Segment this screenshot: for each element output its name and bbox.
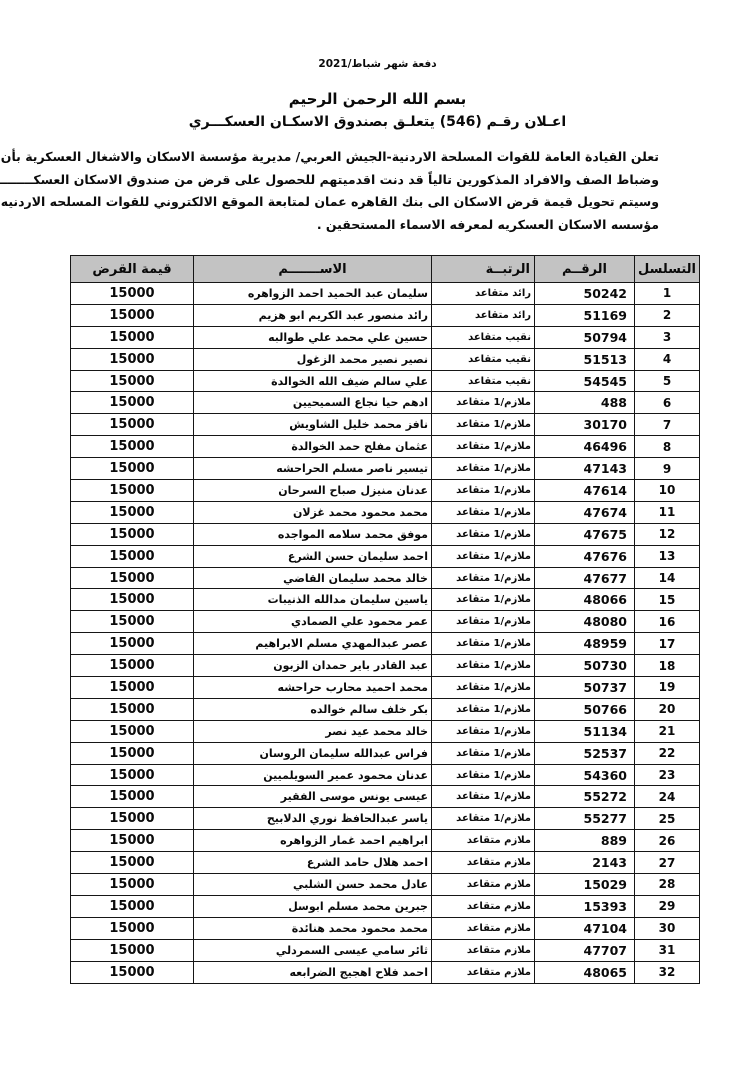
cell-number: 50737	[535, 677, 635, 699]
cell-name: محمد محمود محمد غزلان	[194, 501, 432, 523]
cell-loan: 15000	[71, 545, 194, 567]
cell-number: 15393	[535, 895, 635, 917]
cell-serial: 17	[635, 633, 700, 655]
cell-number: 47707	[535, 939, 635, 961]
cell-name: عدنان محمود عمير السويلميين	[194, 764, 432, 786]
cell-number: 46496	[535, 436, 635, 458]
table-row: 2915393ملازم متقاعدجبرين محمد مسلم ابوسل…	[71, 895, 700, 917]
cell-serial: 24	[635, 786, 700, 808]
cell-name: عادل محمد حسن الشلبي	[194, 874, 432, 896]
cell-loan: 15000	[71, 458, 194, 480]
cell-loan: 15000	[71, 917, 194, 939]
cell-name: عيسى يونس موسى الفقير	[194, 786, 432, 808]
cell-rank: ملازم متقاعد	[432, 874, 535, 896]
cell-number: 47104	[535, 917, 635, 939]
cell-number: 51134	[535, 720, 635, 742]
loan-table: التسلسل الرقــم الرتبــة الاســـــــم قي…	[70, 255, 700, 984]
table-row: 1347676ملازم/1 متقاعداحمد سليمان حسن الش…	[71, 545, 700, 567]
cell-number: 47674	[535, 501, 635, 523]
header-number: الرقــم	[535, 256, 635, 283]
cell-serial: 10	[635, 480, 700, 502]
table-row: 272143ملازم متقاعداحمد هلال حامد الشرع15…	[71, 852, 700, 874]
cell-name: ادهم حيا نجاع السميحيين	[194, 392, 432, 414]
cell-number: 47675	[535, 523, 635, 545]
cell-serial: 28	[635, 874, 700, 896]
cell-rank: ملازم/1 متقاعد	[432, 589, 535, 611]
cell-serial: 14	[635, 567, 700, 589]
cell-rank: ملازم متقاعد	[432, 895, 535, 917]
cell-loan: 15000	[71, 698, 194, 720]
cell-number: 30170	[535, 414, 635, 436]
table-row: 2555277ملازم/1 متقاعدياسر عبدالحافظ نوري…	[71, 808, 700, 830]
cell-name: احمد سليمان حسن الشرع	[194, 545, 432, 567]
cell-loan: 15000	[71, 874, 194, 896]
cell-number: 51513	[535, 348, 635, 370]
cell-rank: ملازم متقاعد	[432, 939, 535, 961]
cell-name: نصير نصير محمد الزغول	[194, 348, 432, 370]
table-row: 1648080ملازم/1 متقاعدعمر محمود علي الصما…	[71, 611, 700, 633]
cell-loan: 15000	[71, 567, 194, 589]
cell-name: ثائر سامي عيسى السمردلي	[194, 939, 432, 961]
cell-loan: 15000	[71, 501, 194, 523]
cell-name: ابراهيم احمد غمار الزواهره	[194, 830, 432, 852]
cell-rank: ملازم/1 متقاعد	[432, 458, 535, 480]
cell-loan: 15000	[71, 436, 194, 458]
table-row: 3248065ملازم متقاعداحمد فلاح اهجيج الضرا…	[71, 961, 700, 983]
cell-serial: 27	[635, 852, 700, 874]
cell-number: 52537	[535, 742, 635, 764]
cell-loan: 15000	[71, 589, 194, 611]
cell-number: 48066	[535, 589, 635, 611]
cell-rank: نقيب متقاعد	[432, 326, 535, 348]
cell-serial: 19	[635, 677, 700, 699]
cell-name: سليمان عبد الحميد احمد الزواهره	[194, 283, 432, 305]
cell-rank: ملازم/1 متقاعد	[432, 677, 535, 699]
cell-name: تيسير ناصر مسلم الحراحشه	[194, 458, 432, 480]
cell-number: 48065	[535, 961, 635, 983]
cell-name: ياسر عبدالحافظ نوري الدلابيح	[194, 808, 432, 830]
cell-name: موفق محمد سلامه المواجده	[194, 523, 432, 545]
table-row: 1748959ملازم/1 متقاعدعصر عبدالمهدي مسلم …	[71, 633, 700, 655]
header-serial: التسلسل	[635, 256, 700, 283]
cell-loan: 15000	[71, 764, 194, 786]
cell-serial: 6	[635, 392, 700, 414]
loan-table-wrap: التسلسل الرقــم الرتبــة الاســـــــم قي…	[70, 255, 700, 984]
table-row: 2252537ملازم/1 متقاعدفراس عبدالله سليمان…	[71, 742, 700, 764]
body-line: وضباط الصف والافراد المذكورين تالياً قد …	[96, 169, 659, 192]
cell-serial: 29	[635, 895, 700, 917]
cell-rank: ملازم/1 متقاعد	[432, 742, 535, 764]
cell-rank: ملازم/1 متقاعد	[432, 436, 535, 458]
cell-serial: 15	[635, 589, 700, 611]
cell-name: احمد فلاح اهجيج الضرابعه	[194, 961, 432, 983]
cell-number: 54360	[535, 764, 635, 786]
cell-loan: 15000	[71, 895, 194, 917]
header-rank: الرتبــة	[432, 256, 535, 283]
cell-serial: 5	[635, 370, 700, 392]
cell-serial: 25	[635, 808, 700, 830]
cell-serial: 13	[635, 545, 700, 567]
cell-loan: 15000	[71, 852, 194, 874]
cell-number: 2143	[535, 852, 635, 874]
cell-loan: 15000	[71, 611, 194, 633]
cell-number: 47677	[535, 567, 635, 589]
cell-name: عمر محمود علي الصمادي	[194, 611, 432, 633]
cell-rank: ملازم/1 متقاعد	[432, 392, 535, 414]
cell-loan: 15000	[71, 808, 194, 830]
cell-loan: 15000	[71, 720, 194, 742]
cell-serial: 26	[635, 830, 700, 852]
cell-loan: 15000	[71, 523, 194, 545]
body-line: وسيتم تحويل قيمة قرض الاسكان الى بنك الق…	[96, 191, 659, 214]
cell-rank: ملازم/1 متقاعد	[432, 545, 535, 567]
cell-name: حسين علي محمد علي طوالبه	[194, 326, 432, 348]
cell-number: 55277	[535, 808, 635, 830]
cell-name: بكر خلف سالم خوالده	[194, 698, 432, 720]
table-row: 554545نقيب متقاعدعلي سالم ضيف الله الخوا…	[71, 370, 700, 392]
cell-rank: ملازم/1 متقاعد	[432, 414, 535, 436]
table-row: 2151134ملازم/1 متقاعدخالد محمد عيد نصر15…	[71, 720, 700, 742]
cell-number: 47143	[535, 458, 635, 480]
body-line: مؤسسه الاسكان العسكريه لمعرفه الاسماء ال…	[96, 214, 659, 237]
cell-rank: ملازم/1 متقاعد	[432, 523, 535, 545]
cell-serial: 16	[635, 611, 700, 633]
body-line: تعلن القيادة العامة للقوات المسلحة الارد…	[96, 146, 659, 169]
cell-loan: 15000	[71, 304, 194, 326]
cell-serial: 23	[635, 764, 700, 786]
table-row: 1548066ملازم/1 متقاعدياسين سليمان مدالله…	[71, 589, 700, 611]
cell-rank: ملازم/1 متقاعد	[432, 764, 535, 786]
table-row: 1950737ملازم/1 متقاعدمحمد احميد محارب حر…	[71, 677, 700, 699]
cell-rank: نقيب متقاعد	[432, 348, 535, 370]
cell-number: 47614	[535, 480, 635, 502]
cell-serial: 12	[635, 523, 700, 545]
cell-number: 48080	[535, 611, 635, 633]
cell-name: عصر عبدالمهدي مسلم الابراهيم	[194, 633, 432, 655]
cell-rank: ملازم/1 متقاعد	[432, 480, 535, 502]
cell-rank: ملازم/1 متقاعد	[432, 567, 535, 589]
cell-rank: ملازم/1 متقاعد	[432, 611, 535, 633]
document-page: دفعة شهر شباط/2021 بسم الله الرحمن الرحي…	[0, 0, 756, 1087]
cell-loan: 15000	[71, 961, 194, 983]
cell-rank: ملازم/1 متقاعد	[432, 633, 535, 655]
header-name: الاســـــــم	[194, 256, 432, 283]
cell-loan: 15000	[71, 939, 194, 961]
cell-name: احمد هلال حامد الشرع	[194, 852, 432, 874]
cell-rank: نقيب متقاعد	[432, 370, 535, 392]
cell-number: 55272	[535, 786, 635, 808]
cell-loan: 15000	[71, 633, 194, 655]
table-row: 26889ملازم متقاعدابراهيم احمد غمار الزوا…	[71, 830, 700, 852]
cell-name: ياسين سليمان مدالله الذنيبات	[194, 589, 432, 611]
table-row: 1247675ملازم/1 متقاعدموفق محمد سلامه الم…	[71, 523, 700, 545]
cell-rank: ملازم/1 متقاعد	[432, 786, 535, 808]
cell-serial: 22	[635, 742, 700, 764]
cell-loan: 15000	[71, 326, 194, 348]
loan-table-header: التسلسل الرقــم الرتبــة الاســـــــم قي…	[71, 256, 700, 283]
batch-note: دفعة شهر شباط/2021	[96, 58, 659, 70]
cell-number: 50730	[535, 655, 635, 677]
cell-serial: 2	[635, 304, 700, 326]
cell-loan: 15000	[71, 414, 194, 436]
cell-number: 15029	[535, 874, 635, 896]
cell-name: نافز محمد خليل الشاويش	[194, 414, 432, 436]
table-row: 1147674ملازم/1 متقاعدمحمد محمود محمد غزل…	[71, 501, 700, 523]
cell-name: محمد محمود محمد هنائدة	[194, 917, 432, 939]
table-row: 3047104ملازم متقاعدمحمد محمود محمد هنائد…	[71, 917, 700, 939]
cell-number: 50766	[535, 698, 635, 720]
table-row: 3147707ملازم متقاعدثائر سامي عيسى السمرد…	[71, 939, 700, 961]
cell-rank: ملازم متقاعد	[432, 852, 535, 874]
table-row: 2455272ملازم/1 متقاعدعيسى يونس موسى الفق…	[71, 786, 700, 808]
header-row: التسلسل الرقــم الرتبــة الاســـــــم قي…	[71, 256, 700, 283]
table-row: 1850730ملازم/1 متقاعدعبد القادر باير حمد…	[71, 655, 700, 677]
cell-loan: 15000	[71, 677, 194, 699]
cell-serial: 4	[635, 348, 700, 370]
cell-rank: ملازم/1 متقاعد	[432, 501, 535, 523]
cell-rank: ملازم/1 متقاعد	[432, 698, 535, 720]
table-row: 6488ملازم/1 متقاعدادهم حيا نجاع السميحيي…	[71, 392, 700, 414]
page-title: اعـلان رقـم (546) يتعلـق بصندوق الاسكـان…	[96, 114, 659, 130]
cell-rank: ملازم متقاعد	[432, 830, 535, 852]
cell-number: 50794	[535, 326, 635, 348]
cell-rank: رائد متقاعد	[432, 283, 535, 305]
table-row: 451513نقيب متقاعدنصير نصير محمد الزغول15…	[71, 348, 700, 370]
cell-loan: 15000	[71, 830, 194, 852]
cell-serial: 18	[635, 655, 700, 677]
basmala: بسم الله الرحمن الرحيم	[96, 90, 659, 108]
table-row: 150242رائد متقاعدسليمان عبد الحميد احمد …	[71, 283, 700, 305]
cell-name: علي سالم ضيف الله الخوالدة	[194, 370, 432, 392]
table-row: 2354360ملازم/1 متقاعدعدنان محمود عمير ال…	[71, 764, 700, 786]
cell-serial: 3	[635, 326, 700, 348]
cell-rank: ملازم/1 متقاعد	[432, 808, 535, 830]
announcement-body: تعلن القيادة العامة للقوات المسلحة الارد…	[96, 146, 659, 236]
table-row: 2050766ملازم/1 متقاعدبكر خلف سالم خوالده…	[71, 698, 700, 720]
cell-loan: 15000	[71, 742, 194, 764]
cell-name: محمد احميد محارب حراحشه	[194, 677, 432, 699]
cell-serial: 8	[635, 436, 700, 458]
cell-name: رائد منصور عبد الكريم ابو هزيم	[194, 304, 432, 326]
table-row: 2815029ملازم متقاعدعادل محمد حسن الشلبي1…	[71, 874, 700, 896]
cell-serial: 21	[635, 720, 700, 742]
table-row: 947143ملازم/1 متقاعدتيسير ناصر مسلم الحر…	[71, 458, 700, 480]
loan-table-body: 150242رائد متقاعدسليمان عبد الحميد احمد …	[71, 283, 700, 984]
table-row: 350794نقيب متقاعدحسين علي محمد علي طوالب…	[71, 326, 700, 348]
cell-rank: ملازم/1 متقاعد	[432, 655, 535, 677]
cell-name: خالد محمد عيد نصر	[194, 720, 432, 742]
cell-rank: رائد متقاعد	[432, 304, 535, 326]
cell-loan: 15000	[71, 392, 194, 414]
cell-name: عدنان منيزل صباح السرحان	[194, 480, 432, 502]
cell-serial: 32	[635, 961, 700, 983]
cell-name: عثمان مفلح حمد الخوالدة	[194, 436, 432, 458]
cell-serial: 30	[635, 917, 700, 939]
table-row: 1047614ملازم/1 متقاعدعدنان منيزل صباح ال…	[71, 480, 700, 502]
table-row: 730170ملازم/1 متقاعدنافز محمد خليل الشاو…	[71, 414, 700, 436]
cell-serial: 11	[635, 501, 700, 523]
table-row: 1447677ملازم/1 متقاعدخالد محمد سليمان ال…	[71, 567, 700, 589]
cell-number: 50242	[535, 283, 635, 305]
cell-number: 889	[535, 830, 635, 852]
cell-loan: 15000	[71, 786, 194, 808]
cell-name: فراس عبدالله سليمان الروسان	[194, 742, 432, 764]
cell-loan: 15000	[71, 480, 194, 502]
cell-rank: ملازم/1 متقاعد	[432, 720, 535, 742]
cell-loan: 15000	[71, 370, 194, 392]
header-loan: قيمة القرض	[71, 256, 194, 283]
cell-serial: 9	[635, 458, 700, 480]
cell-rank: ملازم متقاعد	[432, 961, 535, 983]
cell-rank: ملازم متقاعد	[432, 917, 535, 939]
cell-number: 488	[535, 392, 635, 414]
table-row: 846496ملازم/1 متقاعدعثمان مفلح حمد الخوا…	[71, 436, 700, 458]
cell-number: 54545	[535, 370, 635, 392]
cell-number: 47676	[535, 545, 635, 567]
table-row: 251169رائد متقاعدرائد منصور عبد الكريم ا…	[71, 304, 700, 326]
cell-serial: 31	[635, 939, 700, 961]
cell-serial: 7	[635, 414, 700, 436]
cell-number: 48959	[535, 633, 635, 655]
cell-loan: 15000	[71, 283, 194, 305]
cell-name: عبد القادر باير حمدان الزبون	[194, 655, 432, 677]
cell-name: جبرين محمد مسلم ابوسل	[194, 895, 432, 917]
cell-name: خالد محمد سليمان القاضي	[194, 567, 432, 589]
cell-serial: 1	[635, 283, 700, 305]
cell-loan: 15000	[71, 655, 194, 677]
cell-number: 51169	[535, 304, 635, 326]
cell-loan: 15000	[71, 348, 194, 370]
cell-serial: 20	[635, 698, 700, 720]
